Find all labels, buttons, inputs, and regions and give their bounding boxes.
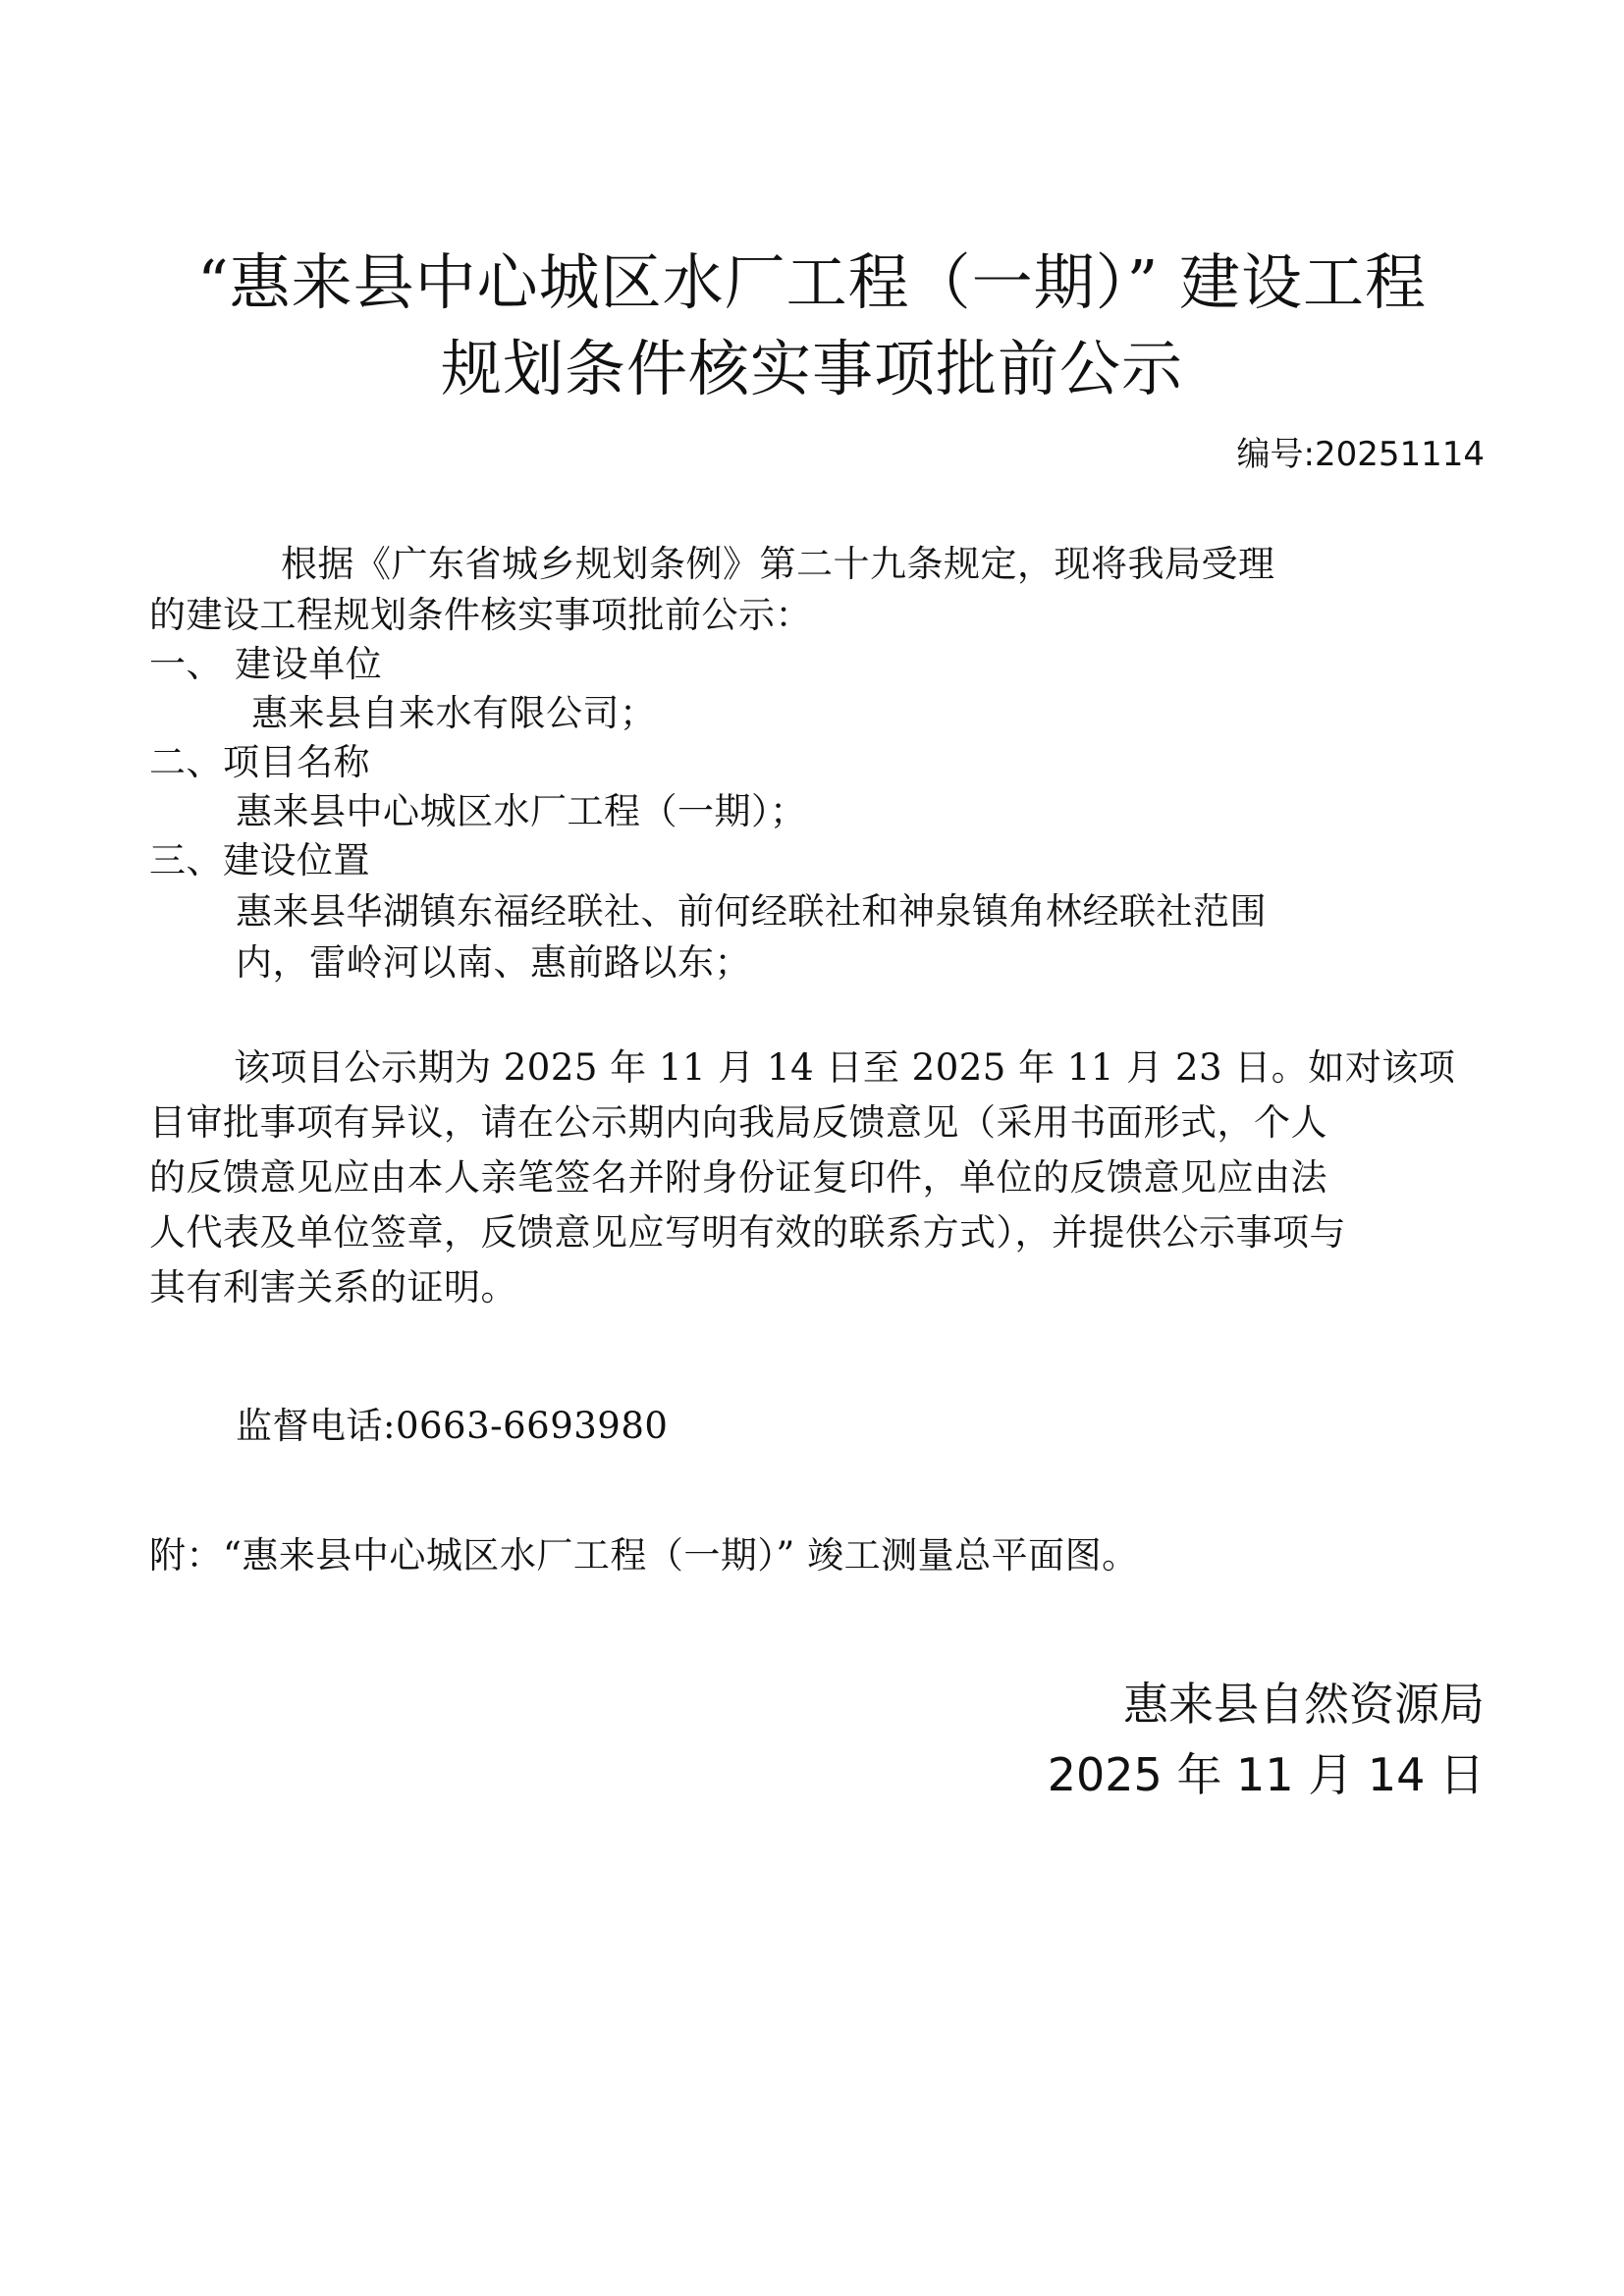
section-body-location-line-1: 惠来县华湖镇东福经联社、前何经联社和神泉镇角林经联社范围 (236, 887, 1267, 936)
issuing-organization: 惠来县自然资源局 (895, 1675, 1485, 1734)
document-number-label: 编号: (1236, 435, 1314, 474)
notice-line: 目审批事项有异议，请在公示期内向我局反馈意见（采用书面形式，个人 (149, 1095, 1485, 1150)
section-heading-construction-unit: 一、 建设单位 (149, 640, 382, 689)
supervision-phone-number: 0663-6693980 (396, 1405, 668, 1447)
document-title-line-1: “惠来县中心城区水厂工程（一期）” 建设工程 (0, 243, 1624, 322)
supervision-phone: 监督电话:0663-6693980 (236, 1402, 668, 1451)
attachment-note: 附：“惠来县中心城区水厂工程（一期）” 竣工测量总平面图。 (149, 1531, 1139, 1580)
notice-line: 人代表及单位签章，反馈意见应写明有效的联系方式），并提供公示事项与 (149, 1205, 1485, 1260)
document-title-line-2: 规划条件核实事项批前公示 (0, 330, 1624, 408)
section-body-project-name: 惠来县中心城区水厂工程（一期）； (236, 787, 807, 836)
objection-notice-paragraph: 该项目公示期为 2025 年 11 月 14 日至 2025 年 11 月 23… (149, 1041, 1485, 1315)
notice-page: “惠来县中心城区水厂工程（一期）” 建设工程 规划条件核实事项批前公示 编号:2… (0, 0, 1624, 2296)
notice-line: 该项目公示期为 2025 年 11 月 14 日至 2025 年 11 月 23… (149, 1041, 1485, 1095)
section-body-location-line-2: 内，雷岭河以南、惠前路以东； (236, 938, 751, 988)
section-body-construction-unit: 惠来县自来水有限公司； (251, 689, 657, 738)
notice-line: 的反馈意见应由本人亲笔签名并附身份证复印件，单位的反馈意见应由法 (149, 1150, 1485, 1205)
section-heading-location: 三、建设位置 (149, 836, 370, 885)
document-number-value: 20251114 (1315, 435, 1485, 474)
supervision-phone-label: 监督电话: (236, 1405, 396, 1447)
issue-date: 2025 年 11 月 14 日 (895, 1745, 1485, 1804)
intro-paragraph-line-2: 的建设工程规划条件核实事项批前公示： (149, 591, 812, 640)
document-number: 编号:20251114 (1236, 432, 1485, 477)
section-heading-project-name: 二、项目名称 (149, 738, 370, 787)
intro-paragraph-line-1: 根据《广东省城乡规划条例》第二十九条规定，现将我局受理 (281, 540, 1275, 589)
notice-line: 其有利害关系的证明。 (149, 1260, 1485, 1315)
